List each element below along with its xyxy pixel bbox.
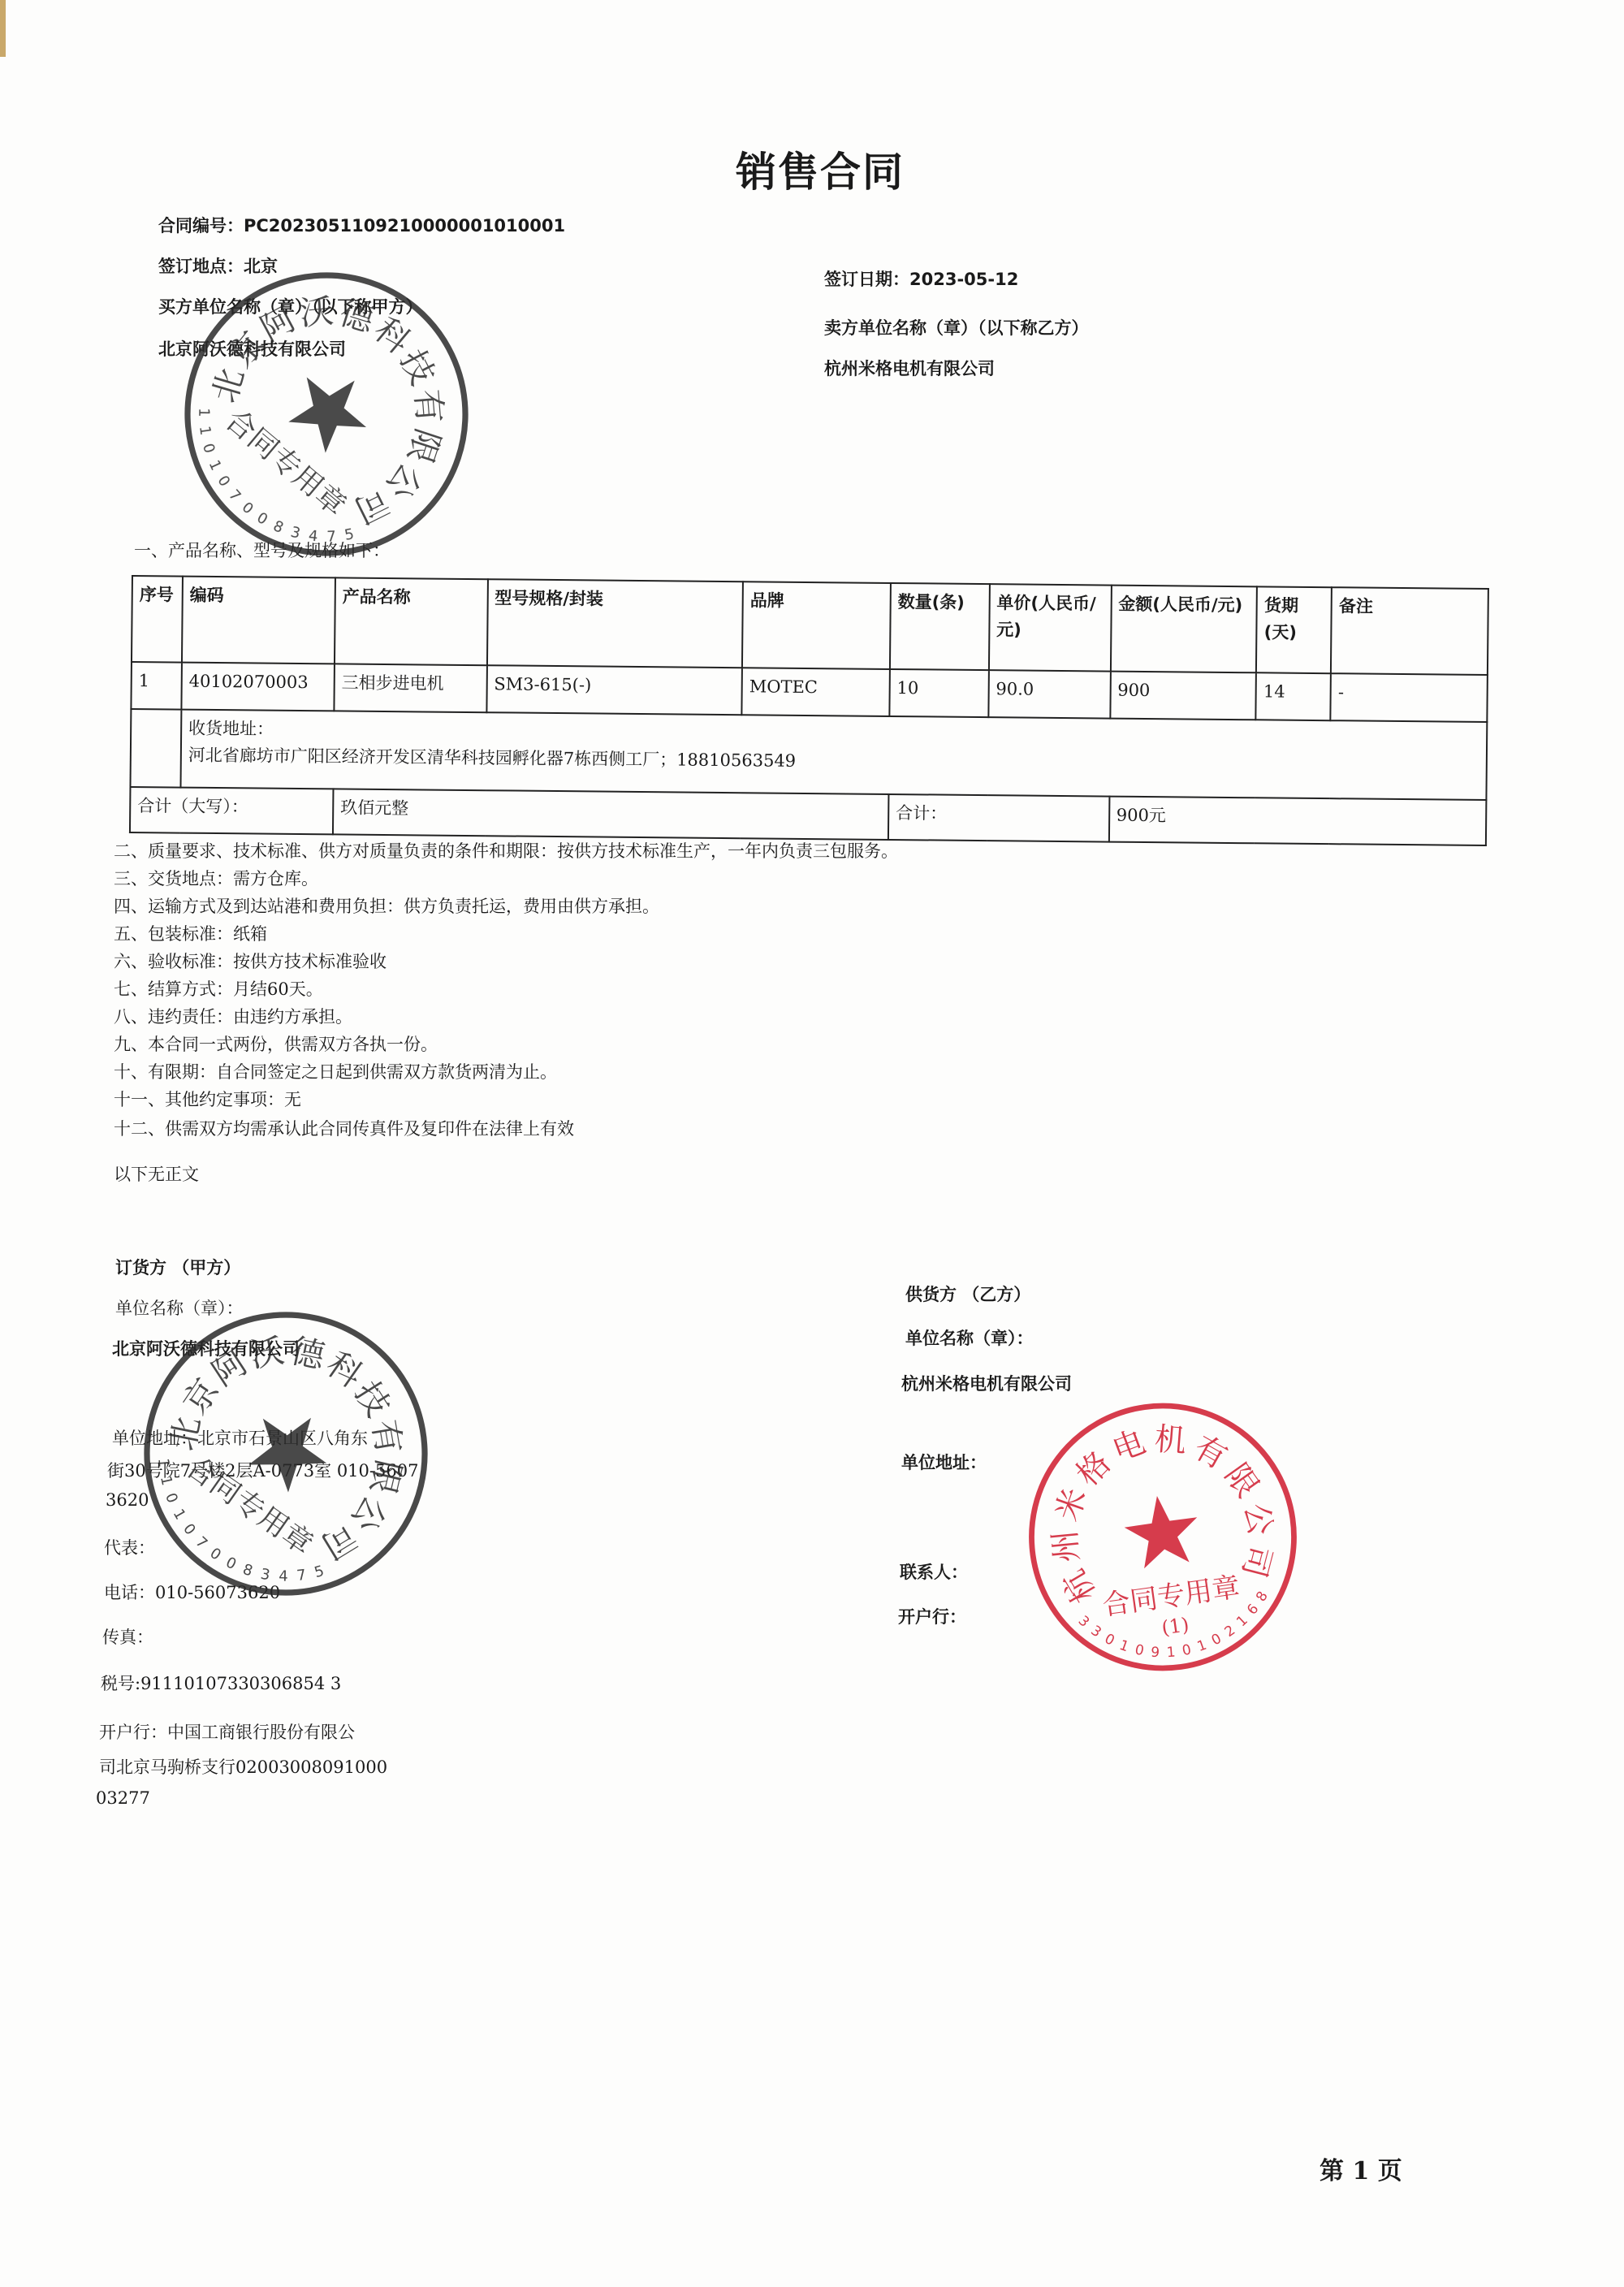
svg-text:1: 1 <box>205 457 225 473</box>
buyer-name: 北京阿沃德科技有限公司 <box>158 336 346 361</box>
page-title: 销售合同 <box>0 140 1624 198</box>
svg-text:公: 公 <box>343 1489 394 1539</box>
clause-item: 十二、供需双方均需承认此合同传真件及复印件在法律上有效 <box>114 1116 574 1140</box>
svg-text:科: 科 <box>320 1344 369 1395</box>
address-row: 收货地址： 河北省廊坊市广阳区经济开发区清华科技园孵化器7栋西侧工厂；18810… <box>130 709 1487 800</box>
page-number: 第 1 页 <box>1319 2151 1402 2186</box>
header-cell: 备注 <box>1331 587 1488 675</box>
svg-text:合同专用章: 合同专用章 <box>218 404 352 523</box>
header-cell: 货期(天) <box>1256 586 1332 673</box>
header-cell: 品牌 <box>742 581 891 669</box>
total-upper-label: 合计（大写）： <box>130 787 333 834</box>
end-note: 以下无正文 <box>114 1161 199 1186</box>
svg-text:限: 限 <box>1217 1457 1265 1504</box>
cell-brand: MOTEC <box>741 668 889 716</box>
party-a-heading: 订货方 （甲方） <box>115 1255 240 1279</box>
svg-text:6: 6 <box>1244 1601 1262 1618</box>
scan-edge <box>0 0 6 57</box>
svg-text:0: 0 <box>1209 1631 1224 1649</box>
party-a-tax: 税号:91110107330306854 3 <box>101 1671 341 1695</box>
svg-text:8: 8 <box>240 1561 254 1580</box>
svg-text:合同专用章: 合同专用章 <box>1100 1571 1242 1622</box>
svg-text:杭: 杭 <box>1056 1563 1104 1610</box>
party-b-name: 杭州米格电机有限公司 <box>901 1371 1072 1395</box>
party-a-rep: 代表： <box>104 1535 155 1559</box>
clause-item: 八、违约责任：由违约方承担。 <box>114 1004 352 1028</box>
clause-item: 四、运输方式及到达站港和费用负担：供方负责托运，费用由供方承担。 <box>114 893 659 918</box>
svg-text:0: 0 <box>239 499 257 517</box>
party-a-bank-2: 司北京马驹桥支行02003008091000 <box>99 1754 387 1779</box>
svg-text:公: 公 <box>1237 1500 1278 1538</box>
cell-code: 40102070003 <box>181 663 334 711</box>
svg-text:1: 1 <box>1166 1645 1176 1662</box>
svg-text:0: 0 <box>1134 1641 1146 1659</box>
svg-text:3: 3 <box>1087 1623 1104 1641</box>
header-cell: 数量(条) <box>890 583 990 670</box>
total-label: 合计： <box>888 794 1109 842</box>
svg-text:0: 0 <box>1181 1641 1193 1659</box>
clause-item: 六、验收标准：按供方技术标准验收 <box>114 949 387 973</box>
party-a-fax: 传真： <box>102 1624 153 1649</box>
header-cell: 产品名称 <box>335 577 488 665</box>
svg-text:有: 有 <box>1188 1429 1233 1476</box>
sign-date: 签订日期：2023-05-12 <box>824 266 1018 291</box>
contract-number: 合同编号：PC2023051109210000001010001 <box>158 213 565 237</box>
svg-text:0: 0 <box>1102 1631 1117 1649</box>
cell-unit-price: 90.0 <box>988 670 1110 718</box>
clause-item: 七、结算方式：月结60天。 <box>114 976 323 1001</box>
svg-text:技: 技 <box>392 344 443 391</box>
address-blank-cell <box>130 709 181 788</box>
svg-text:9: 9 <box>1151 1645 1160 1662</box>
svg-text:米: 米 <box>1049 1484 1094 1526</box>
clause-item: 三、交货地点：需方仓库。 <box>114 866 318 890</box>
svg-text:司: 司 <box>314 1515 363 1567</box>
party-a-address-2: 街30号院7号楼2层A-0773室 010-5607 <box>107 1458 418 1482</box>
party-a-name-label: 单位名称（章）： <box>115 1295 244 1320</box>
clause-item: 十一、其他约定事项：无 <box>114 1087 301 1111</box>
total-upper-value: 玖佰元整 <box>333 789 889 840</box>
svg-text:北: 北 <box>205 364 252 407</box>
svg-text:有: 有 <box>408 387 449 424</box>
cell-lead-time: 14 <box>1256 672 1331 720</box>
seller-company-seal-icon: 杭州米格电机有限公司合同专用章(1)33010910102168 <box>1025 1397 1301 1677</box>
buyer-label: 买方单位名称（章）（以下称甲方） <box>158 294 423 318</box>
svg-text:7: 7 <box>296 1567 307 1584</box>
svg-text:限: 限 <box>400 424 447 468</box>
header-cell: 单价(人民币/元) <box>989 584 1112 671</box>
cell-amount: 900 <box>1110 672 1256 720</box>
svg-text:0: 0 <box>223 1554 240 1573</box>
cell-qty: 10 <box>889 669 988 717</box>
header-cell: 型号规格/封装 <box>487 579 744 668</box>
sign-place: 签订地点：北京 <box>158 253 278 278</box>
clause-item: 二、质量要求、技术标准、供方对质量负责的条件和期限：按供方技术标准生产，一年内负… <box>114 838 898 862</box>
party-a-name: 北京阿沃德科技有限公司 <box>112 1336 300 1360</box>
clause-item: 九、本合同一式两份，供需双方各执一份。 <box>114 1031 438 1056</box>
svg-text:0: 0 <box>162 1490 181 1505</box>
seller-label: 卖方单位名称（章）（以下称乙方） <box>824 315 1089 339</box>
clause-item: 十、有限期：自合同签定之日起到供需双方款货两清为止。 <box>114 1059 557 1083</box>
svg-text:8: 8 <box>1253 1589 1272 1605</box>
seller-name: 杭州米格电机有限公司 <box>824 356 995 380</box>
svg-text:3: 3 <box>1075 1613 1093 1631</box>
svg-text:7: 7 <box>192 1533 211 1552</box>
svg-text:0: 0 <box>199 442 218 456</box>
svg-text:0: 0 <box>214 473 233 490</box>
cell-product: 三相步进电机 <box>334 664 486 712</box>
svg-text:司: 司 <box>348 481 395 530</box>
section1-heading: 一、产品名称、型号及规格如下： <box>134 538 390 562</box>
svg-text:电: 电 <box>1108 1424 1150 1469</box>
cell-remark: - <box>1331 673 1488 722</box>
party-b-name-label: 单位名称（章）： <box>905 1325 1034 1350</box>
svg-text:7: 7 <box>225 486 244 504</box>
party-a-bank-1: 开户行：中国工商银行股份有限公 <box>99 1719 355 1744</box>
cell-seq: 1 <box>131 662 181 710</box>
svg-text:(1): (1) <box>1160 1613 1190 1639</box>
svg-text:技: 技 <box>347 1374 398 1424</box>
svg-text:有: 有 <box>365 1417 408 1457</box>
address-cell: 收货地址： 河北省廊坊市广阳区经济开发区清华科技园孵化器7栋西侧工厂；18810… <box>180 710 1487 800</box>
product-table: 序号 编码 产品名称 型号规格/封装 品牌 数量(条) 单价(人民币/元) 金额… <box>129 575 1489 846</box>
svg-text:0: 0 <box>254 509 271 529</box>
cell-model: SM3-615(-) <box>486 665 742 715</box>
party-a-address-1: 单位地址：北京市石景山区八角东 <box>112 1425 368 1450</box>
svg-text:5: 5 <box>313 1563 326 1581</box>
total-value: 900元 <box>1108 797 1486 845</box>
svg-text:1: 1 <box>195 408 212 417</box>
party-a-address-3: 3620 <box>106 1490 149 1510</box>
svg-text:州: 州 <box>1047 1528 1086 1563</box>
svg-text:司: 司 <box>1235 1541 1278 1581</box>
svg-text:格: 格 <box>1069 1445 1117 1493</box>
party-b-heading: 供货方 （乙方） <box>905 1282 1030 1306</box>
party-a-phone: 电话：010-56073620 <box>104 1580 280 1604</box>
header-cell: 序号 <box>132 576 183 663</box>
party-b-bank-label: 开户行： <box>898 1604 966 1628</box>
clause-item: 五、包装标准：纸箱 <box>114 921 267 945</box>
svg-text:1: 1 <box>196 425 214 436</box>
svg-text:机: 机 <box>1153 1421 1188 1460</box>
svg-text:公: 公 <box>378 456 430 507</box>
svg-text:2: 2 <box>1222 1622 1238 1641</box>
svg-text:1: 1 <box>1233 1612 1251 1630</box>
party-b-address-label: 单位地址： <box>901 1450 987 1474</box>
svg-text:1: 1 <box>170 1507 189 1523</box>
svg-text:1: 1 <box>1117 1637 1131 1655</box>
svg-text:8: 8 <box>270 517 286 537</box>
svg-text:1: 1 <box>1195 1637 1209 1655</box>
svg-text:京: 京 <box>175 1372 227 1421</box>
table-header-row: 序号 编码 产品名称 型号规格/封装 品牌 数量(条) 单价(人民币/元) 金额… <box>132 576 1488 675</box>
party-a-bank-3: 03277 <box>96 1788 150 1808</box>
header-cell: 金额(人民币/元) <box>1110 586 1257 673</box>
svg-text:0: 0 <box>179 1520 199 1538</box>
svg-text:0: 0 <box>207 1545 224 1564</box>
header-cell: 编码 <box>182 577 335 664</box>
party-b-contact-label: 联系人： <box>900 1559 968 1584</box>
